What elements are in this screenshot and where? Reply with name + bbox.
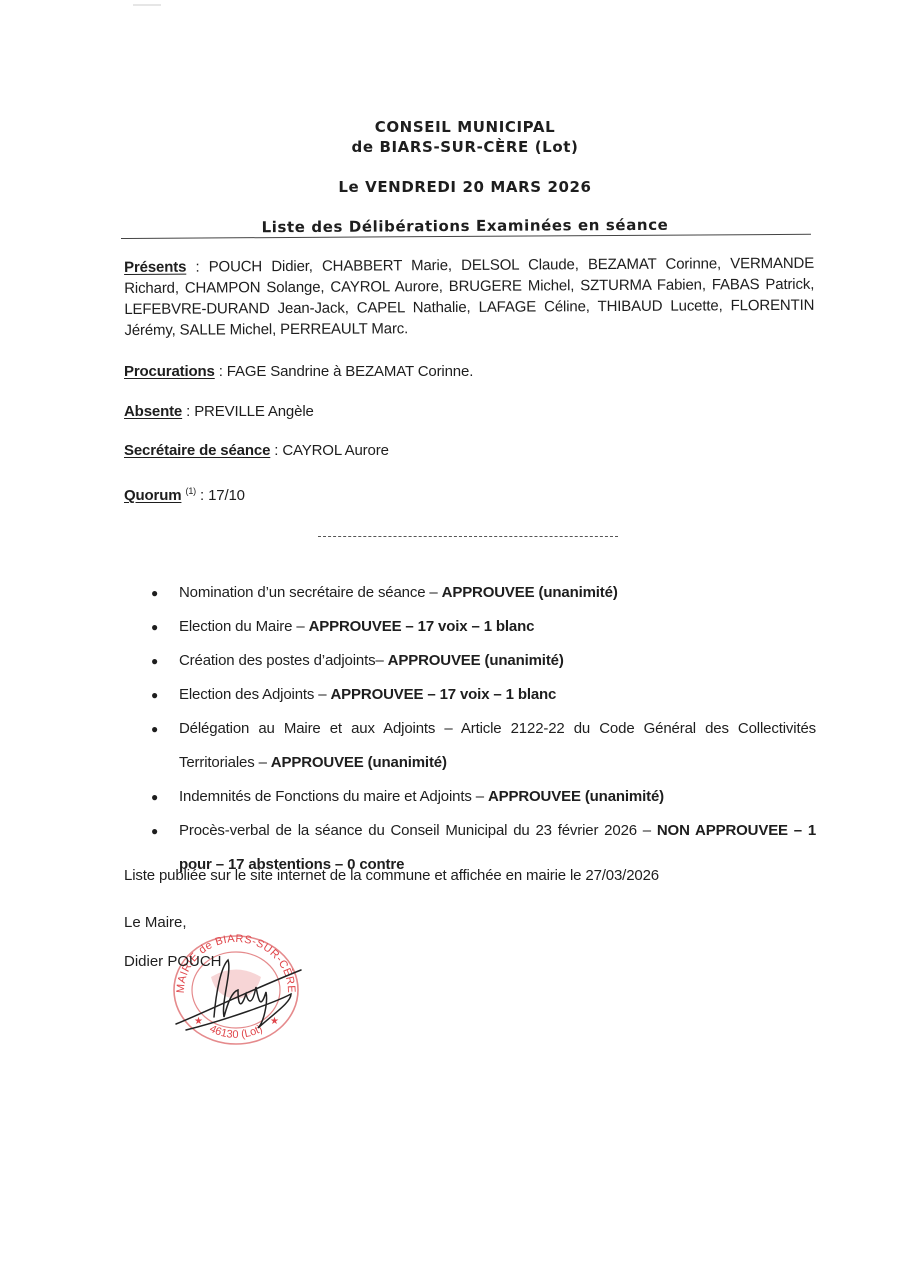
maire-name: Didier POUCH <box>124 953 222 970</box>
document-page: CONSEIL MUNICIPAL de BIARS-SUR-CÈRE (Lot… <box>0 0 900 1272</box>
separator-dashes <box>318 536 618 537</box>
official-stamp: MAIRIE de BIARS-SUR-CÈRE 46130 (Lot) ★ ★ <box>166 932 306 1047</box>
deliberation-subject: Nomination d’un secrétaire de séance – <box>179 584 442 601</box>
presents-list: : POUCH Didier, CHABBERT Marie, DELSOL C… <box>124 255 814 339</box>
absente-value: : PREVILLE Angèle <box>182 403 314 420</box>
deliberation-item: ●Nomination d’un secrétaire de séance – … <box>151 576 816 610</box>
deliberation-result: APPROUVEE (unanimité) <box>442 584 618 601</box>
bullet-icon: ● <box>151 678 158 712</box>
presents-paragraph: Présents : POUCH Didier, CHABBERT Marie,… <box>124 253 815 341</box>
quorum-value: : 17/10 <box>196 487 245 504</box>
publication-note: Liste publiée sur le site internet de la… <box>124 867 659 884</box>
secretaire-label: Secrétaire de séance <box>124 442 270 459</box>
stamp-bottom-text: 46130 (Lot) <box>208 1023 265 1041</box>
procurations-label: Procurations <box>124 363 215 380</box>
bullet-icon: ● <box>151 610 158 644</box>
deliberation-item: ●Election des Adjoints – APPROUVEE – 17 … <box>151 678 816 712</box>
absente-label: Absente <box>124 403 182 420</box>
presents-label: Présents <box>124 259 186 276</box>
deliberation-subject: Election des Adjoints – <box>179 686 331 703</box>
absente-line: Absente : PREVILLE Angèle <box>124 401 814 422</box>
bullet-icon: ● <box>151 780 158 814</box>
secretaire-line: Secrétaire de séance : CAYROL Aurore <box>124 440 814 461</box>
council-title: CONSEIL MUNICIPAL <box>0 118 900 136</box>
commune-name: de BIARS-SUR-CÈRE (Lot) <box>0 138 900 156</box>
maire-label: Le Maire, <box>124 914 187 931</box>
deliberation-result: APPROUVEE (unanimité) <box>388 652 564 669</box>
deliberation-result: APPROUVEE – 17 voix – 1 blanc <box>331 686 557 703</box>
quorum-label: Quorum <box>124 487 181 504</box>
deliberation-result: APPROUVEE (unanimité) <box>271 754 447 771</box>
deliberation-result: APPROUVEE – 17 voix – 1 blanc <box>309 618 535 635</box>
secretaire-value: : CAYROL Aurore <box>270 442 388 459</box>
quorum-footnote-ref: (1) <box>185 486 196 496</box>
deliberation-subject: Election du Maire – <box>179 618 309 635</box>
meeting-date: Le VENDREDI 20 MARS 2026 <box>0 178 900 196</box>
deliberation-item: ●Création des postes d’adjoints– APPROUV… <box>151 644 816 678</box>
deliberation-subject: Création des postes d’adjoints– <box>179 652 388 669</box>
procurations-value: : FAGE Sandrine à BEZAMAT Corinne. <box>215 363 473 380</box>
deliberations-list: ●Nomination d’un secrétaire de séance – … <box>151 576 816 882</box>
quorum-line: Quorum (1) : 17/10 <box>124 481 814 506</box>
deliberation-item: ●Indemnités de Fonctions du maire et Adj… <box>151 780 816 814</box>
bullet-icon: ● <box>151 644 158 678</box>
scan-artifact <box>133 4 161 6</box>
deliberation-item: ●Election du Maire – APPROUVEE – 17 voix… <box>151 610 816 644</box>
deliberation-subject: Indemnités de Fonctions du maire et Adjo… <box>179 788 488 805</box>
bullet-icon: ● <box>151 712 158 746</box>
deliberation-item: ●Délégation au Maire et aux Adjoints – A… <box>151 712 816 780</box>
procurations-line: Procurations : FAGE Sandrine à BEZAMAT C… <box>124 361 814 382</box>
star-icon: ★ <box>270 1016 279 1027</box>
bullet-icon: ● <box>151 814 158 848</box>
deliberation-subject: Procès-verbal de la séance du Conseil Mu… <box>179 822 657 839</box>
bullet-icon: ● <box>151 576 158 610</box>
deliberation-result: APPROUVEE (unanimité) <box>488 788 664 805</box>
